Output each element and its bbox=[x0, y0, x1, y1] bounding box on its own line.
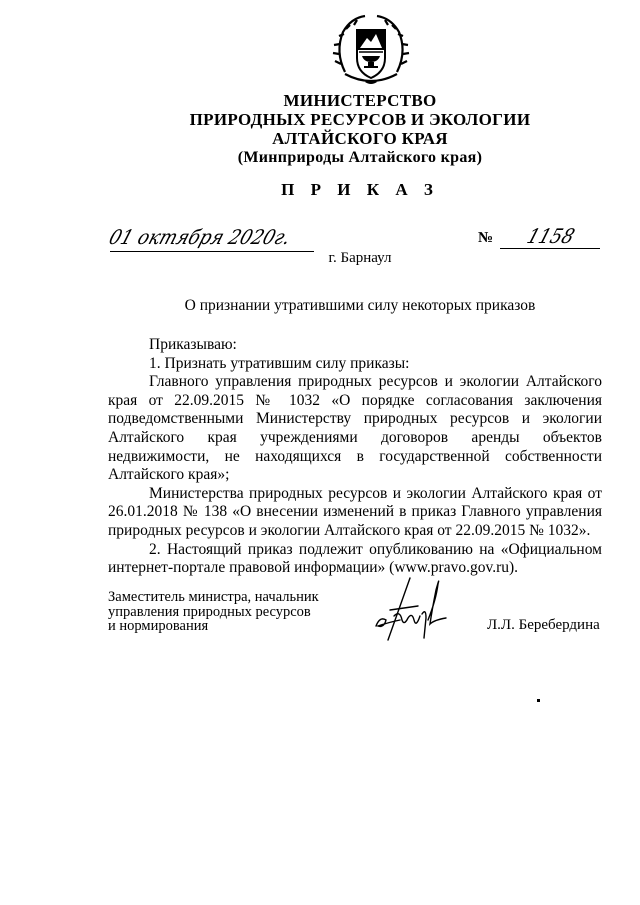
position-line-1: Заместитель министра, начальник bbox=[108, 590, 319, 605]
order-number: № 1158 bbox=[478, 226, 602, 250]
handwritten-date: 01 октября 2020г. bbox=[106, 226, 293, 248]
signatory-name: Л.Л. Беребердина bbox=[487, 617, 600, 634]
signatory-position: Заместитель министра, начальник управлен… bbox=[108, 590, 319, 634]
repealed-order-1: Главного управления природных ресурсов и… bbox=[108, 373, 602, 485]
city: г. Барнаул bbox=[0, 250, 640, 267]
ministry-short-name: (Минприроды Алтайского края) bbox=[0, 148, 640, 167]
number-underline bbox=[500, 248, 600, 249]
handwritten-number: 1158 bbox=[524, 224, 578, 248]
handwritten-signature-icon bbox=[370, 570, 460, 650]
coat-of-arms-icon bbox=[331, 12, 411, 90]
document-type: П Р И К А З bbox=[0, 180, 640, 200]
order-item-1: 1. Признать утратившим силу приказы: bbox=[108, 355, 602, 374]
order-preamble: Приказываю: bbox=[108, 336, 602, 355]
ministry-title-line2: ПРИРОДНЫХ РЕСУРСОВ И ЭКОЛОГИИ bbox=[0, 110, 640, 129]
ministry-title-line1: МИНИСТЕРСТВО bbox=[0, 91, 640, 110]
position-line-3: и нормирования bbox=[108, 619, 319, 634]
scan-speck bbox=[537, 699, 540, 702]
ministry-title-line3: АЛТАЙСКОГО КРАЯ bbox=[0, 129, 640, 148]
repealed-order-2: Министерства природных ресурсов и эколог… bbox=[108, 485, 602, 541]
order-body: Приказываю: 1. Признать утратившим силу … bbox=[108, 336, 602, 578]
order-subject: О признании утратившими силу некоторых п… bbox=[0, 297, 640, 315]
number-sign: № bbox=[478, 230, 493, 247]
position-line-2: управления природных ресурсов bbox=[108, 605, 319, 620]
order-item-2: 2. Настоящий приказ подлежит опубликован… bbox=[108, 541, 602, 578]
order-date: 01 октября 2020г. bbox=[110, 226, 314, 252]
